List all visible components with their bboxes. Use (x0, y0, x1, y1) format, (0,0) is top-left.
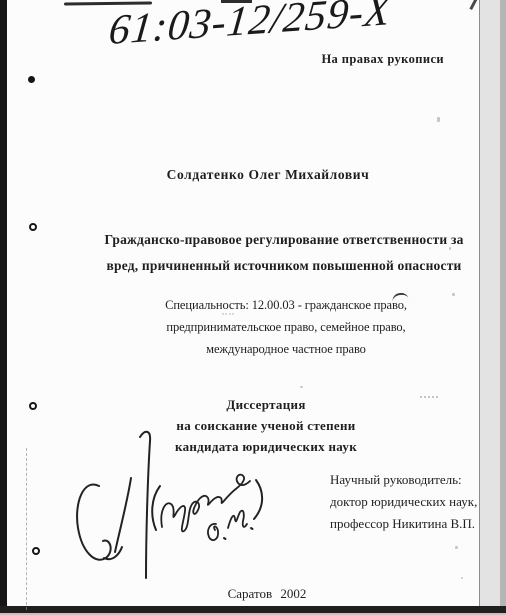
hole-punch-dot-4 (32, 547, 40, 555)
hole-punch-dot-3 (29, 402, 37, 410)
signature-surname-squiggle (161, 475, 250, 532)
scan-speck (437, 117, 440, 122)
advisor-degree: доктор юридических наук, (330, 491, 477, 513)
dissertation-title-line-1: Гражданско-правовое регулирование ответс… (104, 227, 464, 253)
scan-speck (455, 546, 458, 549)
signature-stroke-slash (115, 478, 131, 552)
signature-stroke-vertical (140, 432, 150, 578)
manuscript-rights-note: На правах рукописи (280, 51, 444, 67)
thesis-line-1: Диссертация (86, 394, 446, 415)
scientific-advisor-block: Научный руководитель: доктор юридических… (330, 469, 477, 535)
scanned-dissertation-title-page: { "colors": { "ink": "#1f1f1f", "paper":… (0, 0, 506, 615)
advisor-name: профессор Никитина В.П. (330, 513, 477, 535)
page-fold-crease (26, 448, 27, 610)
signature-dot-2 (251, 528, 253, 529)
signature-initial-m (228, 511, 247, 528)
signature-dot (224, 538, 226, 539)
scan-speck (300, 386, 303, 388)
advisor-label: Научный руководитель: (330, 469, 477, 491)
specialty-line-2: предпринимательское право, семейное прав… (106, 316, 466, 338)
hole-punch-dot-1 (28, 76, 35, 83)
dissertation-title: Гражданско-правовое регулирование ответс… (104, 227, 464, 279)
dissertation-title-line-2: вред, причиненный источником повышенной … (104, 253, 464, 279)
specialty-block: Специальность: 12.00.03 - гражданское пр… (106, 294, 466, 360)
scan-right-outer-edge (500, 0, 506, 615)
author-name: Солдатенко Олег Михайлович (115, 166, 421, 183)
signature-paren-open (152, 486, 160, 530)
signature-stroke-c-loop (77, 485, 111, 560)
scan-left-black-strip (0, 0, 7, 615)
specialty-line-3: международное частное право (106, 338, 466, 360)
page-right-edge (479, 0, 480, 613)
scan-speck (461, 577, 463, 579)
specialty-line-1: Специальность: 12.00.03 - гражданское пр… (106, 294, 466, 316)
city-year-footer: Саратов 2002 (87, 586, 447, 602)
signature-paren-close (254, 480, 262, 519)
hole-punch-dot-2 (29, 223, 37, 231)
handwritten-signature (70, 425, 270, 585)
scan-bottom-dark-band (0, 606, 506, 613)
signature-initial-o (208, 524, 218, 540)
